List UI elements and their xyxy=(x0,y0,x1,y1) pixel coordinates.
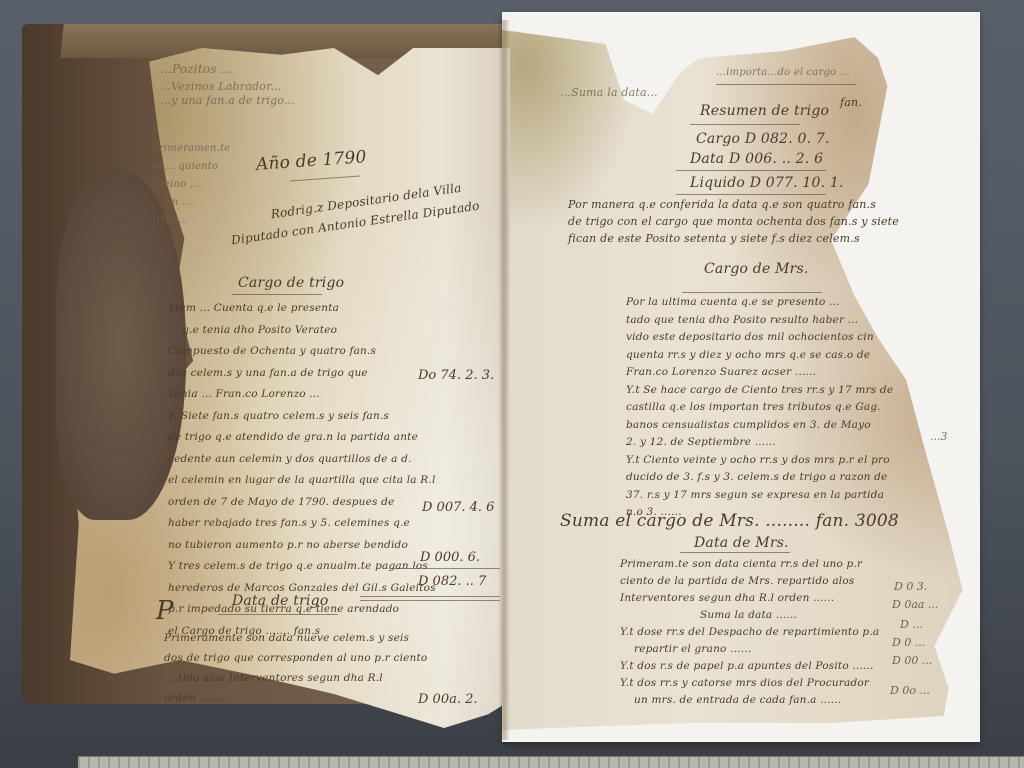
amount-cargo-1: Do 74. 2. 3. xyxy=(418,368,494,383)
data-mrs-margin-amount-5: D 00 ... xyxy=(892,654,932,667)
total-rule-2 xyxy=(360,600,500,601)
resumen-row-cargo: Cargo D 082. 0. 7. xyxy=(696,128,830,150)
data-trigo-entries: Primeramente son data nueve celem.s y se… xyxy=(164,628,427,708)
section-title-data-trigo: Data de trigo xyxy=(232,590,328,612)
resumen-row-data: Data D 006. .. 2. 6 xyxy=(690,148,823,170)
resumen-sum-rule xyxy=(676,170,826,171)
resumen-underline xyxy=(690,124,800,125)
data-initial-letter: P xyxy=(156,600,174,622)
amount-cargo-total: D 082. .. 7 xyxy=(418,574,486,589)
amount-cargo-2: D 007. 4. 6 xyxy=(422,500,494,515)
right-top-line: ...importa...do el cargo ... xyxy=(716,62,850,84)
data-mrs-margin-amount-6: D 0o ... xyxy=(890,684,930,697)
right-top-rule xyxy=(716,84,856,85)
cargo-mrs-margin-amount: ...3 xyxy=(930,430,948,443)
data-mrs-margin-amount-1: D 0 3. xyxy=(894,580,927,593)
resumen-row-liquido: Liquido D 077. 10. 1. xyxy=(690,172,844,194)
section-title-data-mrs: Data de Mrs. xyxy=(694,532,789,554)
left-top-fragment: ...Pozitos ... ...Vezinos Labrador... ..… xyxy=(160,58,295,108)
data-mrs-margin-amount-2: D 0aa ... xyxy=(892,598,938,611)
data-mrs-margin-amount-3: D ... xyxy=(900,618,923,631)
measuring-ruler xyxy=(78,756,1024,768)
data-mrs-underline xyxy=(680,552,790,553)
conclusion-text: Por manera q.e conferida la data q.e son… xyxy=(568,196,899,247)
total-rule-1 xyxy=(360,596,500,597)
cargo-mrs-entries: Por la ultima cuenta q.e se presento ...… xyxy=(626,294,893,522)
resumen-total-rule xyxy=(676,194,826,195)
book-gutter xyxy=(498,20,510,740)
right-top-unit: fan. xyxy=(840,92,862,114)
data-mrs-margin-amount-4: D 0 ... xyxy=(892,636,925,649)
section-title-cargo-trigo: Cargo de trigo xyxy=(238,272,344,294)
sum-rule xyxy=(390,568,500,569)
amount-cargo-3: D 000. 6. xyxy=(420,550,480,565)
data-mrs-entries: Primeram.te son data cienta rr.s del uno… xyxy=(620,556,879,709)
right-top-fragment: ...Suma la data... xyxy=(560,82,658,104)
resumen-title: Resumen de trigo xyxy=(700,100,829,122)
cargo-mrs-total: Suma el cargo de Mrs. ........ fan. 3008 xyxy=(560,510,899,532)
data-title-underline xyxy=(218,614,338,615)
title-underline xyxy=(232,294,322,295)
left-margin-fragment: Primeramen.te el ... quiento Vezino ... … xyxy=(152,140,230,230)
amount-data-trigo: D 00a. 2. xyxy=(418,692,478,707)
section-title-cargo-mrs: Cargo de Mrs. xyxy=(704,258,809,280)
cargo-mrs-underline xyxy=(682,292,822,293)
